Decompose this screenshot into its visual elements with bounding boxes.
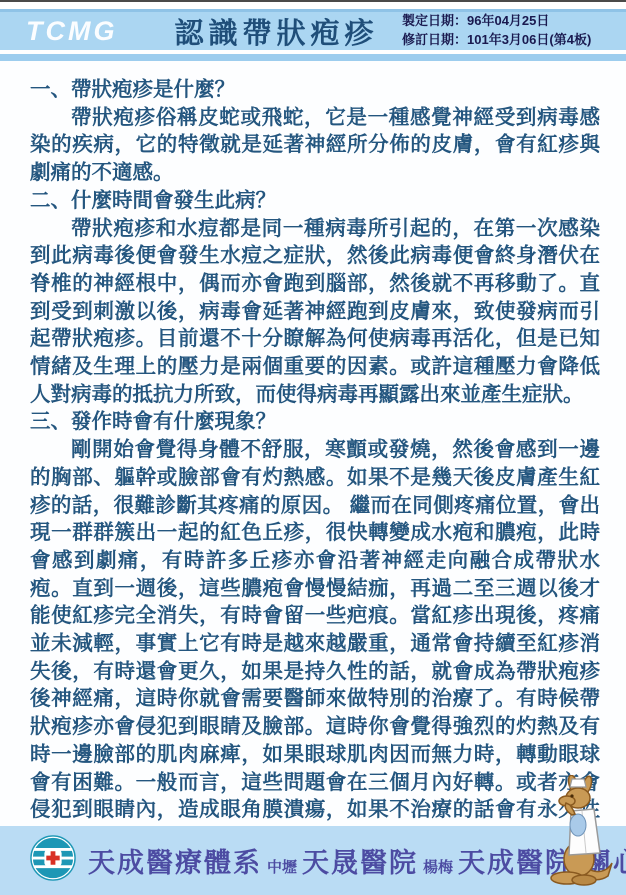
section-3-paragraph: 剛開始會覺得身體不舒服，寒顫或發燒，然後會感到一邊的胸部、軀幹或臉部會有灼熱感。…	[30, 436, 600, 852]
top-white-gap	[0, 2, 626, 9]
date-block: 製定日期：96年04月25日 修訂日期：101年3月06日(第4板)	[402, 12, 626, 50]
branch1-name: 天晟醫院	[302, 841, 418, 880]
branch1-location: 中壢	[267, 856, 297, 877]
created-date: 製定日期：96年04月25日	[402, 12, 620, 31]
header: TCMG 認識帶狀疱疹 製定日期：96年04月25日 修訂日期：101年3月06…	[0, 12, 626, 50]
page-title: 認識帶狀疱疹	[151, 11, 402, 52]
revised-date: 修訂日期：101年3月06日(第4板)	[402, 31, 620, 50]
org-abbrev-logo: TCMG	[26, 16, 151, 47]
globe-cross-logo-icon	[30, 835, 76, 886]
branch2-location: 楊梅	[423, 856, 453, 877]
section-2-heading: 二、什麼時間會發生此病？	[30, 187, 600, 215]
header-divider-strip	[0, 54, 626, 61]
document-page: TCMG 認識帶狀疱疹 製定日期：96年04月25日 修訂日期：101年3月06…	[0, 0, 626, 895]
kangaroo-doctor-mascot-icon	[542, 775, 620, 892]
footer: 天成醫療體系 中壢 天晟醫院 楊梅 天成醫院 關心您	[0, 826, 626, 895]
medical-system-name: 天成醫療體系	[88, 841, 262, 880]
section-2-paragraph: 帶狀疱疹和水痘都是同一種病毒所引起的，在第一次感染到此病毒後便會發生水痘之症狀，…	[30, 215, 600, 409]
section-1-heading: 一、帶狀疱疹是什麼？	[30, 76, 600, 104]
section-3-heading: 三、發作時會有什麼現象？	[30, 408, 600, 436]
document-body: 一、帶狀疱疹是什麼？ 帶狀疱疹俗稱皮蛇或飛蛇，它是一種感覺神經受到病毒感染的疾病…	[0, 61, 626, 852]
section-1-paragraph: 帶狀疱疹俗稱皮蛇或飛蛇，它是一種感覺神經受到病毒感染的疾病，它的特徵就是延著神經…	[30, 104, 600, 187]
